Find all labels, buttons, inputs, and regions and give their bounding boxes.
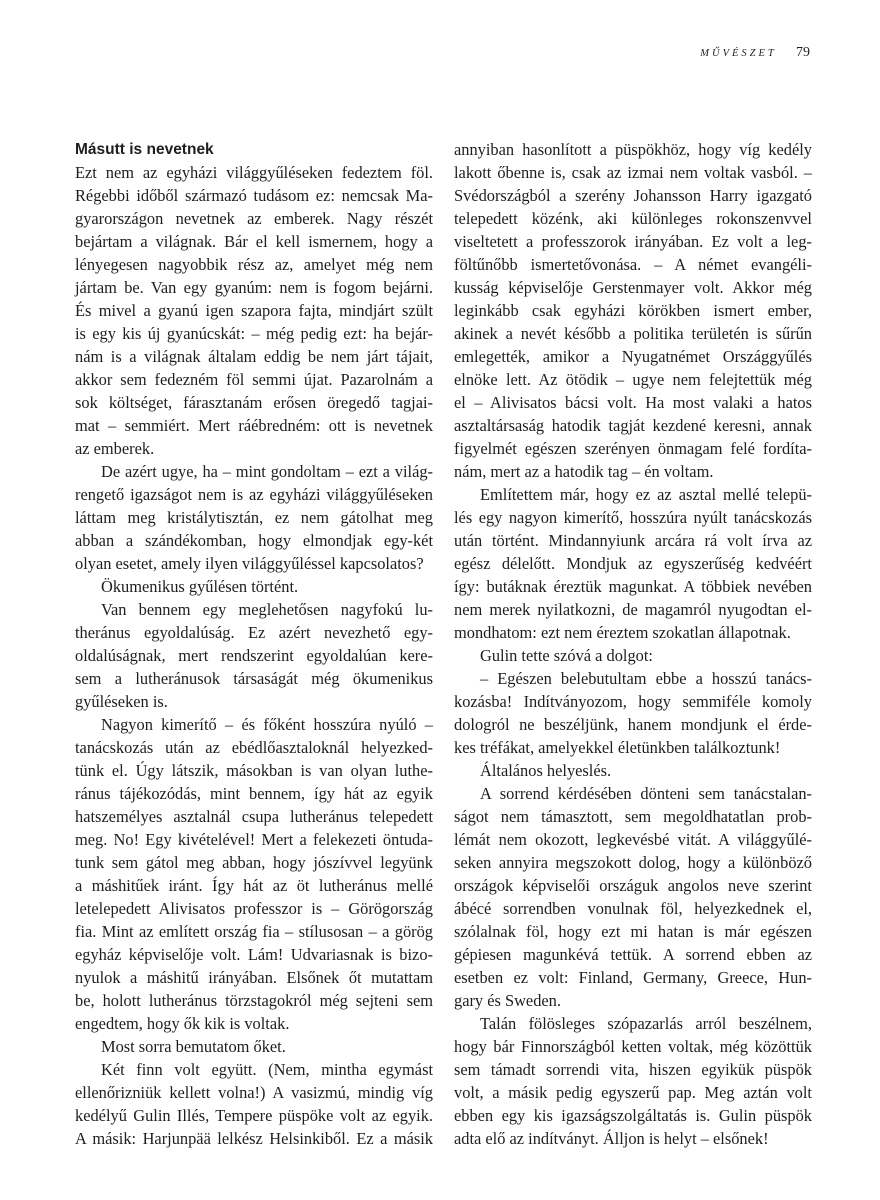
text-line: ságot nem támasztott, sem megoldhatatlan… [454,805,812,828]
text-line: Ezt nem az egyházi világgyűléseken fedez… [75,161,433,184]
text-line: tunk sem gátol meg abban, hogy jószívvel… [75,851,433,874]
text-line: Általános helyeslés. [454,759,812,782]
text-line: el – Alivisatos bácsi volt. Ha most vala… [454,391,812,414]
text-line: is egy kis új gyanúcskát: – még pedig ez… [75,322,433,345]
text-line: elnöke lett. Az ötödik – ugye nem felejt… [454,368,812,391]
text-line: hogy bár Finnországból ketten voltak, mé… [454,1035,812,1058]
text-line: Most sorra bemutatom őket. [75,1035,433,1058]
section-title: MŰVÉSZET [700,48,777,59]
text-line: kozásba! Indítványozom, hogy semmiféle k… [454,690,812,713]
text-line: egész délelőtt. Mondjuk az egyszerűség k… [454,552,812,575]
text-line: abban a szándékomban, hogy elmondjak egy… [75,529,433,552]
text-line: mondhatom: ezt nem éreztem szokatlan áll… [454,621,812,644]
text-line: sem támadt sorrendi vita, hiszen egyikük… [454,1058,812,1081]
text-line: tanácskozás után az ebédlőasztaloknál he… [75,736,433,759]
text-line: lés egy nagyon kimerítő, hosszúra nyúlt … [454,506,812,529]
text-line: akkor sem fedezném föl semmi újat. Pazar… [75,368,433,391]
text-line: A sorrend kérdésében dönteni sem tanácst… [454,782,812,805]
text-line: viseltetett a professzorok irányában. Ez… [454,230,812,253]
text-line: ránus tájékozódás, mint bennem, így hát … [75,782,433,805]
text-line: A másik: Harjunpää lelkész Helsinkiből. … [75,1127,433,1150]
text-line: Régebbi időből származó tudásom ez: nemc… [75,184,433,207]
text-line: ebben egy kis igazságszolgáltatás is. Gu… [454,1104,812,1127]
text-line: után történt. Mindannyiunk arcára rá vol… [454,529,812,552]
text-line: bejártam a világnak. Bár el kell ismerne… [75,230,433,253]
text-line: meg. No! Egy kivételével! Mert a felekez… [75,828,433,851]
text-line: ellenőrizniük kellett volna!) A vasizmú,… [75,1081,433,1104]
text-line: dologról ne beszéljünk, hanem mondjunk e… [454,713,812,736]
text-line: ábécé sorrendben vonulnak föl, helyezked… [454,897,812,920]
text-line: nám, mert az a hatodik tag – én voltam. [454,460,812,483]
text-line: – Egészen belebutultam ebbe a hosszú tan… [454,667,812,690]
text-line: föltűnőbb ismertetővonása. – A német eva… [454,253,812,276]
text-line: figyelmét egészen szerényen önmagam felé… [454,437,812,460]
text-line: szólalnak föl, hogy ezt mi hatan is már … [454,920,812,943]
text-line: lényegesen nagyobbik rész az, amelyet mé… [75,253,433,276]
text-line: adta elő az indítványt. Álljon is helyt … [454,1127,812,1150]
text-line: olyan esetet, amely ilyen világgyűléssel… [75,552,433,575]
text-line: egyház képviselője volt. Lám! Udvariasna… [75,943,433,966]
text-line: Ökumenikus gyűlésen történt. [75,575,433,598]
text-line: kusság képviselője Gerstenmayer volt. Ak… [454,276,812,299]
text-line: Gulin tette szóvá a dolgot: [454,644,812,667]
text-line: De azért ugye, ha – mint gondoltam – ezt… [75,460,433,483]
text-line: Van bennem egy meglehetősen nagyfokú lu- [75,598,433,621]
text-line: láttam meg kristálytisztán, ez nem gátol… [75,506,433,529]
text-line: Két finn volt együtt. (Nem, mintha egymá… [75,1058,433,1081]
text-line: az emberek. [75,437,433,460]
article-title: Másutt is nevetnek [75,138,433,161]
text-line: volt, a másik pedig egyszerű pap. Meg az… [454,1081,812,1104]
text-line: Említettem már, hogy ez az asztal mellé … [454,483,812,506]
running-head: MŰVÉSZET 79 [600,44,810,61]
text-line: fia. Mint az említett ország fia – stílu… [75,920,433,943]
text-line: rengető igazságot nem is az egyházi vilá… [75,483,433,506]
text-line: oldalúságnak, mert rendszerint egyoldalú… [75,644,433,667]
text-line: akinek a nevét később a politika terület… [454,322,812,345]
text-line: gyarországon nevetnek az emberek. Nagy r… [75,207,433,230]
text-line: gépiesen magunkévá tettük. A sorrend ebb… [454,943,812,966]
text-line: be, holott lutheránus törzstagokról még … [75,989,433,1012]
text-line: így: butáknak éreztük magunkat. A többie… [454,575,812,598]
text-line: telepedett közénk, aki különleges rokons… [454,207,812,230]
text-line: nyulok a máshitű irányában. Elsőnek őt m… [75,966,433,989]
text-line: nem merek nyilatkozni, de magamról nyugo… [454,598,812,621]
text-line: mat – semmiért. Mert ráébredném: ott is … [75,414,433,437]
text-line: gyűléseken is. [75,690,433,713]
text-line: kes tréfákat, amelyekkel életünkben talá… [454,736,812,759]
text-line: És mivel a gyanú igen szapora fajta, min… [75,299,433,322]
text-line: tünk el. Úgy látszik, másokban is van ol… [75,759,433,782]
text-line: asztaltársaság hatodik tagját kezdené ke… [454,414,812,437]
text-line: leginkább csak egyházi körökben ismert e… [454,299,812,322]
text-line: jártam be. Van egy gyanúm: nem is fogom … [75,276,433,299]
text-line: annyiban hasonlított a püspökhöz, hogy v… [454,138,812,161]
text-line: Svédországból a szerény Johansson Harry … [454,184,812,207]
text-line: engedtem, hogy ők kik is voltak. [75,1012,433,1035]
text-line: országok képviselői országuk angolos nev… [454,874,812,897]
text-line: hatszemélyes asztalnál csupa lutheránus … [75,805,433,828]
text-line: nám is a világnak általam eddig be nem j… [75,345,433,368]
text-line: Talán fölösleges szópazarlás arról beszé… [454,1012,812,1035]
left-column-text: Ezt nem az egyházi világgyűléseken fedez… [75,161,433,1150]
text-line: letelepedett Alivisatos professzor is – … [75,897,433,920]
text-line: sem a lutheránusok társaságát még ökumen… [75,667,433,690]
right-column: annyiban hasonlított a püspökhöz, hogy v… [454,138,812,1150]
text-line: a máshitűek iránt. Így hát az öt lutherá… [75,874,433,897]
text-line: lémát nem okozott, legkevésbé vitát. A v… [454,828,812,851]
text-line: kedélyű Gulin Illés, Tempere püspöke vol… [75,1104,433,1127]
left-column: Másutt is nevetnek Ezt nem az egyházi vi… [75,138,433,1150]
text-line: esetben ez volt: Finland, Germany, Greec… [454,966,812,989]
text-line: theránus egyoldalúság. Ez azért nevezhet… [75,621,433,644]
text-line: emlegették, amikor a Nyugatnémet Országg… [454,345,812,368]
text-line: sok költséget, fárasztanám erősen öreged… [75,391,433,414]
text-line: Nagyon kimerítő – és főként hosszúra nyú… [75,713,433,736]
page-number: 79 [796,45,810,60]
text-line: gary és Sweden. [454,989,812,1012]
text-line: seken annyira megszokott dolog, hogy a k… [454,851,812,874]
right-column-text: annyiban hasonlított a püspökhöz, hogy v… [454,138,812,1150]
text-line: lakott őbenne is, csak az izmai nem volt… [454,161,812,184]
